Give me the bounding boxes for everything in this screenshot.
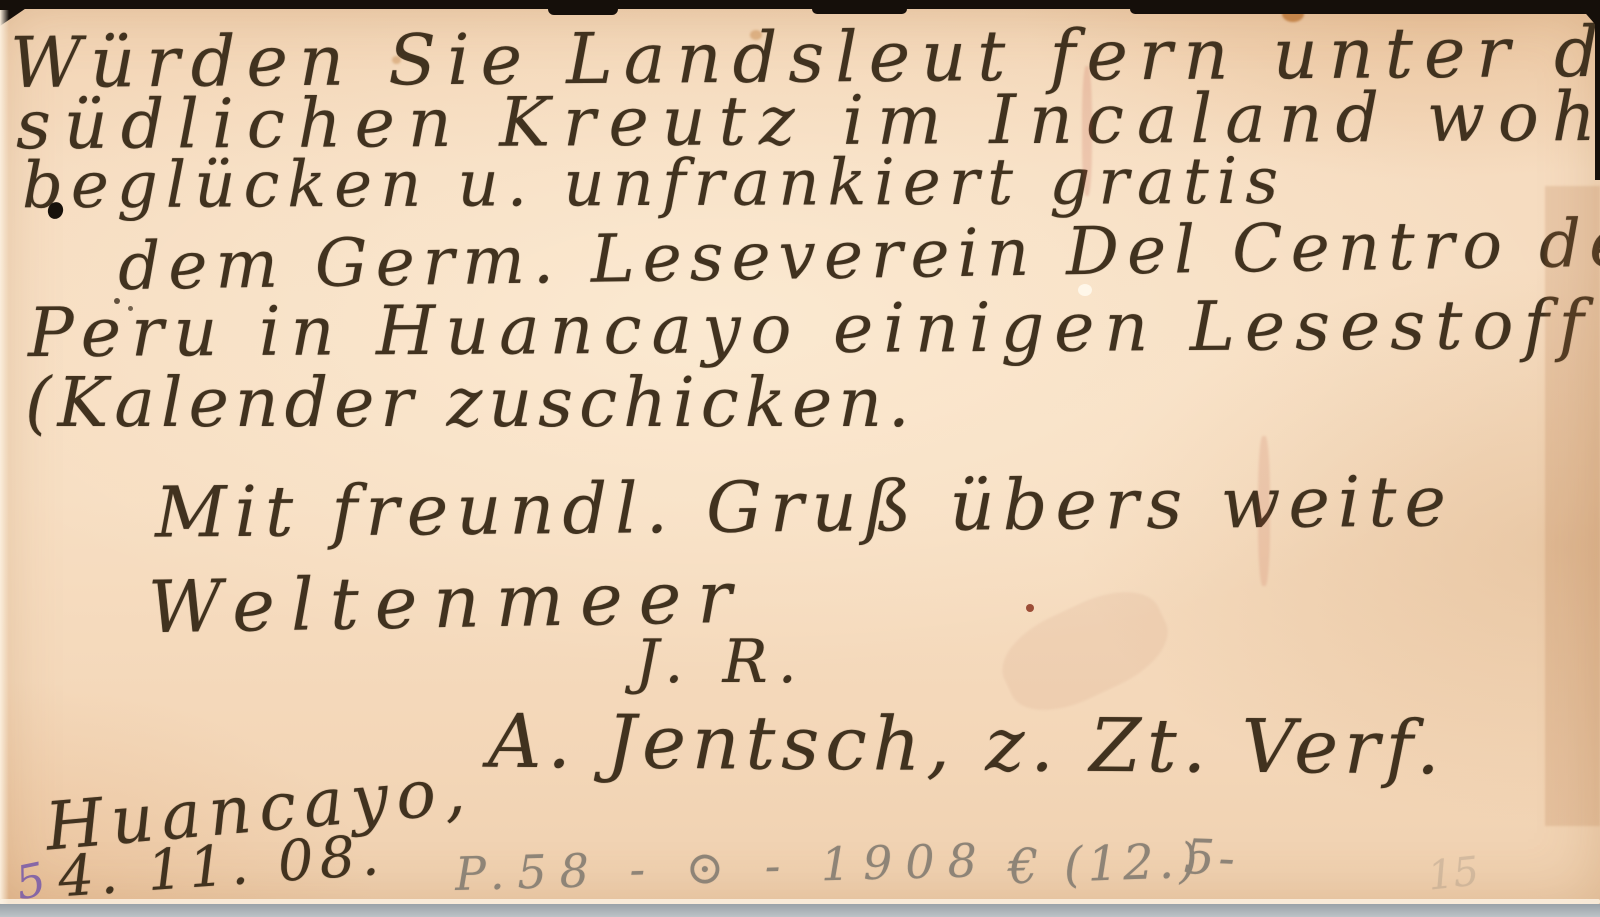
scan-edge-bump xyxy=(1130,9,1600,14)
paper-fleck xyxy=(1078,284,1092,296)
foxing-spot xyxy=(392,56,401,64)
foxing-spot xyxy=(114,298,120,304)
right-edge-stain xyxy=(1545,186,1600,826)
pencil-catalog-number: P.58 - ⊙ - 1908 xyxy=(454,837,990,897)
scan-top-edge xyxy=(0,0,1600,9)
red-smudge xyxy=(1082,66,1092,196)
foxing-spot xyxy=(750,30,762,40)
scan-right-edge xyxy=(1595,0,1600,180)
pencil-value-note: 5- xyxy=(1183,833,1239,883)
red-smudge xyxy=(1258,436,1270,586)
message-line-6: (Kalender zuschicken. xyxy=(25,370,916,438)
message-line-5: Peru in Huancayo einigen Lesestoff xyxy=(28,292,1594,368)
foxing-spot xyxy=(128,306,133,311)
card-left-highlight xyxy=(0,10,9,905)
scan-edge-bump xyxy=(812,9,907,14)
foxing-spot xyxy=(1026,604,1034,612)
scan-edge-bump xyxy=(548,9,618,15)
scanned-postcard-image: Würden Sie Landsleut fern unter dem südl… xyxy=(0,0,1600,917)
pencil-erased-note: 15 xyxy=(1426,851,1481,896)
postcard-paper: Würden Sie Landsleut fern unter dem südl… xyxy=(0,6,1600,905)
signature-name: A. Jentsch, z. Zt. Verf. xyxy=(488,705,1446,786)
signature-initials: J. R. xyxy=(635,632,807,692)
scan-bottom-strip xyxy=(0,904,1600,917)
message-line-3: beglücken u. unfrankiert gratis xyxy=(22,150,1286,218)
pencil-price-note: € (12.) xyxy=(1007,837,1203,892)
